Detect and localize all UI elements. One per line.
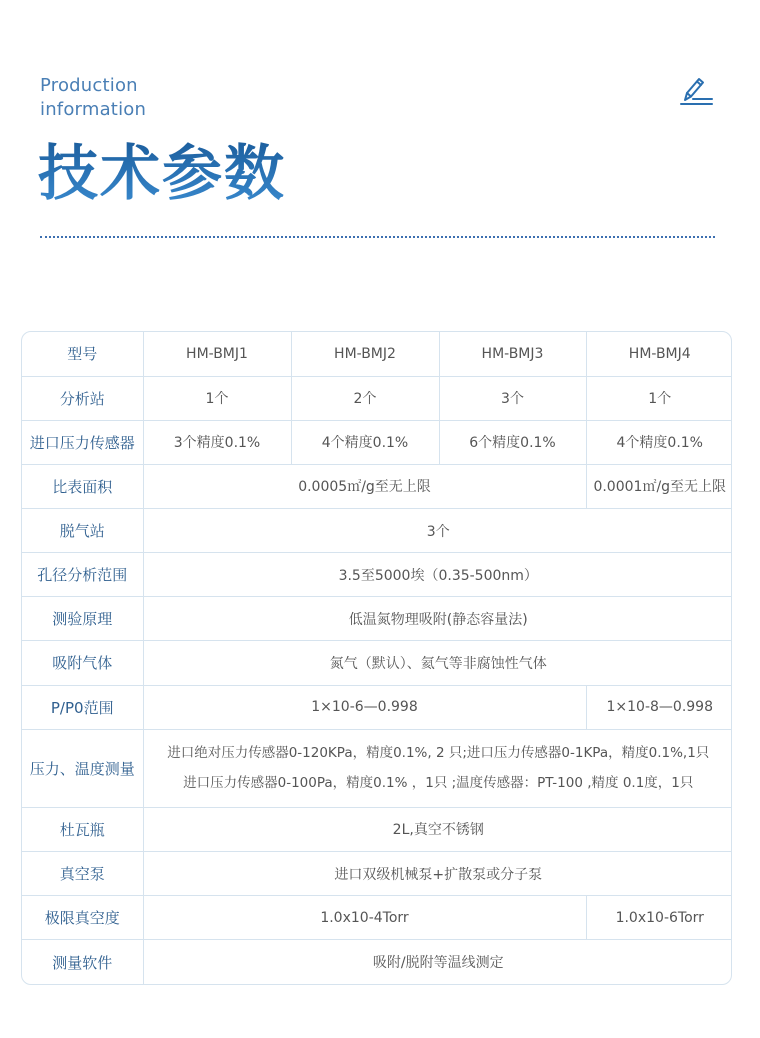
cell: 1×10-6—0.998: [143, 685, 586, 729]
row-label: P/P0范围: [22, 685, 143, 729]
cell: 2L,真空不锈钢: [143, 807, 732, 851]
row-label: 进口压力传感器: [22, 420, 143, 464]
section-subtitle: Production information: [40, 74, 146, 122]
spec-table: 型号 HM-BMJ1 HM-BMJ2 HM-BMJ3 HM-BMJ4 分析站 1…: [21, 331, 732, 985]
cell: 进口双级机械泵+扩散泵或分子泵: [143, 851, 732, 895]
cell: 3.5至5000埃（0.35-500nm）: [143, 553, 732, 597]
header-cell-bmj2: HM-BMJ2: [291, 332, 439, 376]
cell: 3个: [143, 509, 732, 553]
table-row-pore-range: 孔径分析范围 3.5至5000埃（0.35-500nm）: [22, 553, 732, 597]
cell: 进口绝对压力传感器0-120KPa，精度0.1%, 2 只;进口压力传感器0-1…: [143, 729, 732, 807]
pencil-edit-icon: [678, 74, 714, 110]
dotted-divider: [40, 236, 715, 238]
table-row-measurement: 压力、温度测量 进口绝对压力传感器0-120KPa，精度0.1%, 2 只;进口…: [22, 729, 732, 807]
table-row-surface-area: 比表面积 0.0005㎡/g至无上限 0.0001㎡/g至无上限: [22, 464, 732, 508]
row-label: 测量软件: [22, 940, 143, 984]
cell: 4个精度0.1%: [291, 420, 439, 464]
cell: 2个: [291, 376, 439, 420]
table-row-vacuum: 极限真空度 1.0x10-4Torr 1.0x10-6Torr: [22, 896, 732, 940]
cell: 1个: [143, 376, 291, 420]
header-cell-model: 型号: [22, 332, 143, 376]
table-row-gas: 吸附气体 氮气（默认）、氦气等非腐蚀性气体: [22, 641, 732, 685]
header-cell-bmj3: HM-BMJ3: [439, 332, 586, 376]
table-row-degas: 脱气站 3个: [22, 509, 732, 553]
subtitle-line-2: information: [40, 98, 146, 122]
row-label: 比表面积: [22, 464, 143, 508]
cell: 6个精度0.1%: [439, 420, 586, 464]
row-label: 压力、温度测量: [22, 729, 143, 807]
measurement-line-1: 进口绝对压力传感器0-120KPa，精度0.1%, 2 只;进口压力传感器0-1…: [146, 738, 732, 768]
row-label: 杜瓦瓶: [22, 807, 143, 851]
cell: 氮气（默认）、氦气等非腐蚀性气体: [143, 641, 732, 685]
cell: 1×10-8—0.998: [586, 685, 732, 729]
cell: 1.0x10-6Torr: [586, 896, 732, 940]
table-row-principle: 测验原理 低温氮物理吸附(静态容量法): [22, 597, 732, 641]
table-row-dewar: 杜瓦瓶 2L,真空不锈钢: [22, 807, 732, 851]
row-label: 分析站: [22, 376, 143, 420]
cell: 1.0x10-4Torr: [143, 896, 586, 940]
row-label: 孔径分析范围: [22, 553, 143, 597]
subtitle-line-1: Production: [40, 74, 146, 98]
page-title: 技术参数: [38, 138, 286, 210]
cell: 0.0005㎡/g至无上限: [143, 464, 586, 508]
row-label: 吸附气体: [22, 641, 143, 685]
table-row-software: 测量软件 吸附/脱附等温线测定: [22, 940, 732, 984]
measurement-line-2: 进口压力传感器0-100Pa，精度0.1% ，1只 ;温度传感器：PT-100 …: [146, 768, 732, 798]
cell: 3个精度0.1%: [143, 420, 291, 464]
table-row-sensors: 进口压力传感器 3个精度0.1% 4个精度0.1% 6个精度0.1% 4个精度0…: [22, 420, 732, 464]
row-label: 真空泵: [22, 851, 143, 895]
row-label: 极限真空度: [22, 896, 143, 940]
cell: 低温氮物理吸附(静态容量法): [143, 597, 732, 641]
cell: 0.0001㎡/g至无上限: [586, 464, 732, 508]
cell: 4个精度0.1%: [586, 420, 732, 464]
header-cell-bmj1: HM-BMJ1: [143, 332, 291, 376]
table-header-row: 型号 HM-BMJ1 HM-BMJ2 HM-BMJ3 HM-BMJ4: [22, 332, 732, 376]
table-row-stations: 分析站 1个 2个 3个 1个: [22, 376, 732, 420]
cell: 3个: [439, 376, 586, 420]
table-row-pump: 真空泵 进口双级机械泵+扩散泵或分子泵: [22, 851, 732, 895]
cell: 1个: [586, 376, 732, 420]
row-label: 脱气站: [22, 509, 143, 553]
page: Production information 技术参数 型号 HM-BMJ1 H…: [0, 0, 760, 1038]
table-row-pp0: P/P0范围 1×10-6—0.998 1×10-8—0.998: [22, 685, 732, 729]
row-label: 测验原理: [22, 597, 143, 641]
header-cell-bmj4: HM-BMJ4: [586, 332, 732, 376]
cell: 吸附/脱附等温线测定: [143, 940, 732, 984]
